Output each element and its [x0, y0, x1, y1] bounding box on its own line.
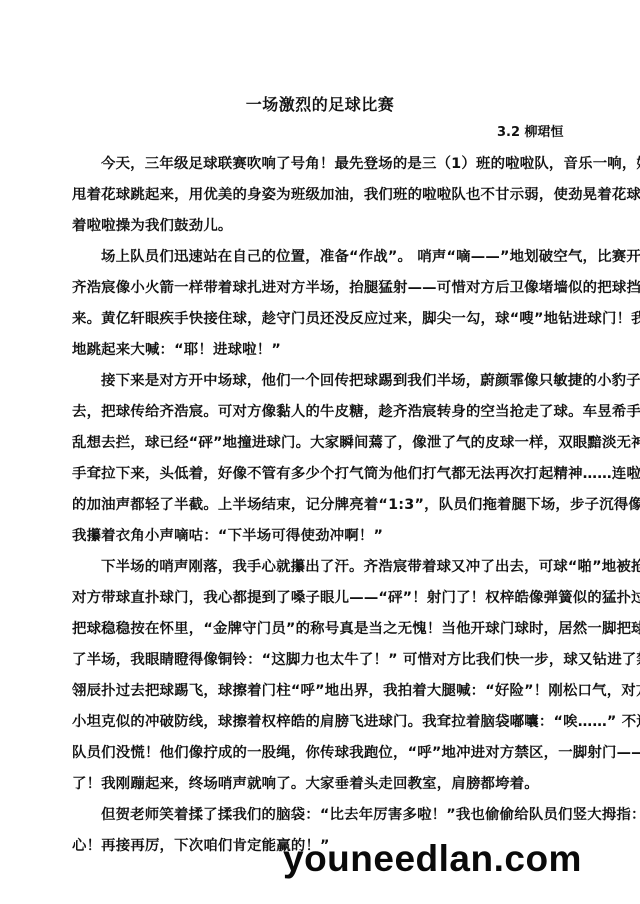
- text-line: 翎辰扑过去把球踢飞，球擦着门柱“呼”地出界，我拍着大腿喊：“好险”！刚松口气，对…: [72, 682, 592, 700]
- text-line: 手耷拉下来，头低着，好像不管有多少个打气筒为他们打气都无法再次打起精神……连啦啦…: [72, 465, 592, 483]
- text-line: 着啦啦操为我们鼓劲儿。: [72, 217, 592, 235]
- text-line: 接下来是对方开中场球，他们一个回传把球踢到我们半场，蔚颜霏像只敏捷的小豹子扑过: [101, 372, 592, 390]
- text-line: 来。黄亿轩眼疾手快接住球，趁守门员还没反应过来，脚尖一勾，球“嗖”地钻进球门！我…: [72, 310, 592, 328]
- text-line: 甩着花球跳起来，用优美的身姿为班级加油，我们班的啦啦队也不甘示弱，使劲晃着花球，…: [72, 186, 592, 204]
- text-line: 齐浩宸像小火箭一样带着球扎进对方半场，抬腿猛射——可惜对方后卫像堵墙似的把球挡了…: [72, 279, 592, 297]
- text-line: 小坦克似的冲破防线，球擦着权梓皓的肩膀飞进球门。我耷拉着脑袋嘟囔：“唉……” 不…: [72, 713, 592, 731]
- text-line: 下半场的哨声刚落，我手心就攥出了汗。齐浩宸带着球又冲了出去，可球“啪”地被抢走了…: [101, 558, 592, 576]
- text-line: 了！我刚蹦起来，终场哨声就响了。大家垂着头走回教室，肩膀都垮着。: [72, 775, 592, 793]
- text-line: 的加油声都轻了半截。上半场结束，记分牌亮着“1:3”，队员们拖着腿下场，步子沉得…: [72, 496, 592, 514]
- text-line: 队员们没慌！他们像拧成的一股绳，你传球我跑位，“呼”地冲进对方禁区，一脚射门——…: [72, 744, 592, 762]
- text-line: 乱想去拦，球已经“砰”地撞进球门。大家瞬间蔫了，像泄了气的皮球一样，双眼黯淡无神…: [72, 434, 592, 452]
- text-line: 地跳起来大喊：“耶！进球啦！”: [72, 341, 592, 359]
- text-line: 但贺老师笑着揉了揉我们的脑袋：“比去年厉害多啦！”我也偷偷给队员们竖大拇指：“别…: [101, 806, 592, 824]
- text-line: 了半场，我眼睛瞪得像铜铃：“这脚力也太牛了！” 可惜对方比我们快一步，球又钻进了…: [72, 651, 592, 669]
- document-title: 一场激烈的足球比赛: [0, 92, 640, 115]
- text-line: 去，把球传给齐浩宸。可对方像黏人的牛皮糖，趁齐浩宸转身的空当抢走了球。车昱希手忙…: [72, 403, 592, 421]
- text-line: 今天，三年级足球联赛吹响了号角！最先登场的是三（1）班的啦啦队，音乐一响，她们: [101, 155, 592, 173]
- text-line: 场上队员们迅速站在自己的位置，准备“作战”。 哨声“嘀——”地划破空气，比赛开始…: [101, 248, 592, 266]
- text-line: 把球稳稳按在怀里，“金牌守门员”的称号真是当之无愧！当他开球门球时，居然一脚把球…: [72, 620, 592, 638]
- author-byline: 3.2 柳珺恒: [497, 121, 564, 140]
- watermark: youneedlan.com: [283, 838, 582, 880]
- text-line: 对方带球直扑球门，我心都提到了嗓子眼儿——“砰”！射门了！权梓皓像弹簧似的猛扑过…: [72, 589, 592, 607]
- text-line: 我攥着衣角小声嘀咕：“下半场可得使劲冲啊！”: [72, 527, 592, 545]
